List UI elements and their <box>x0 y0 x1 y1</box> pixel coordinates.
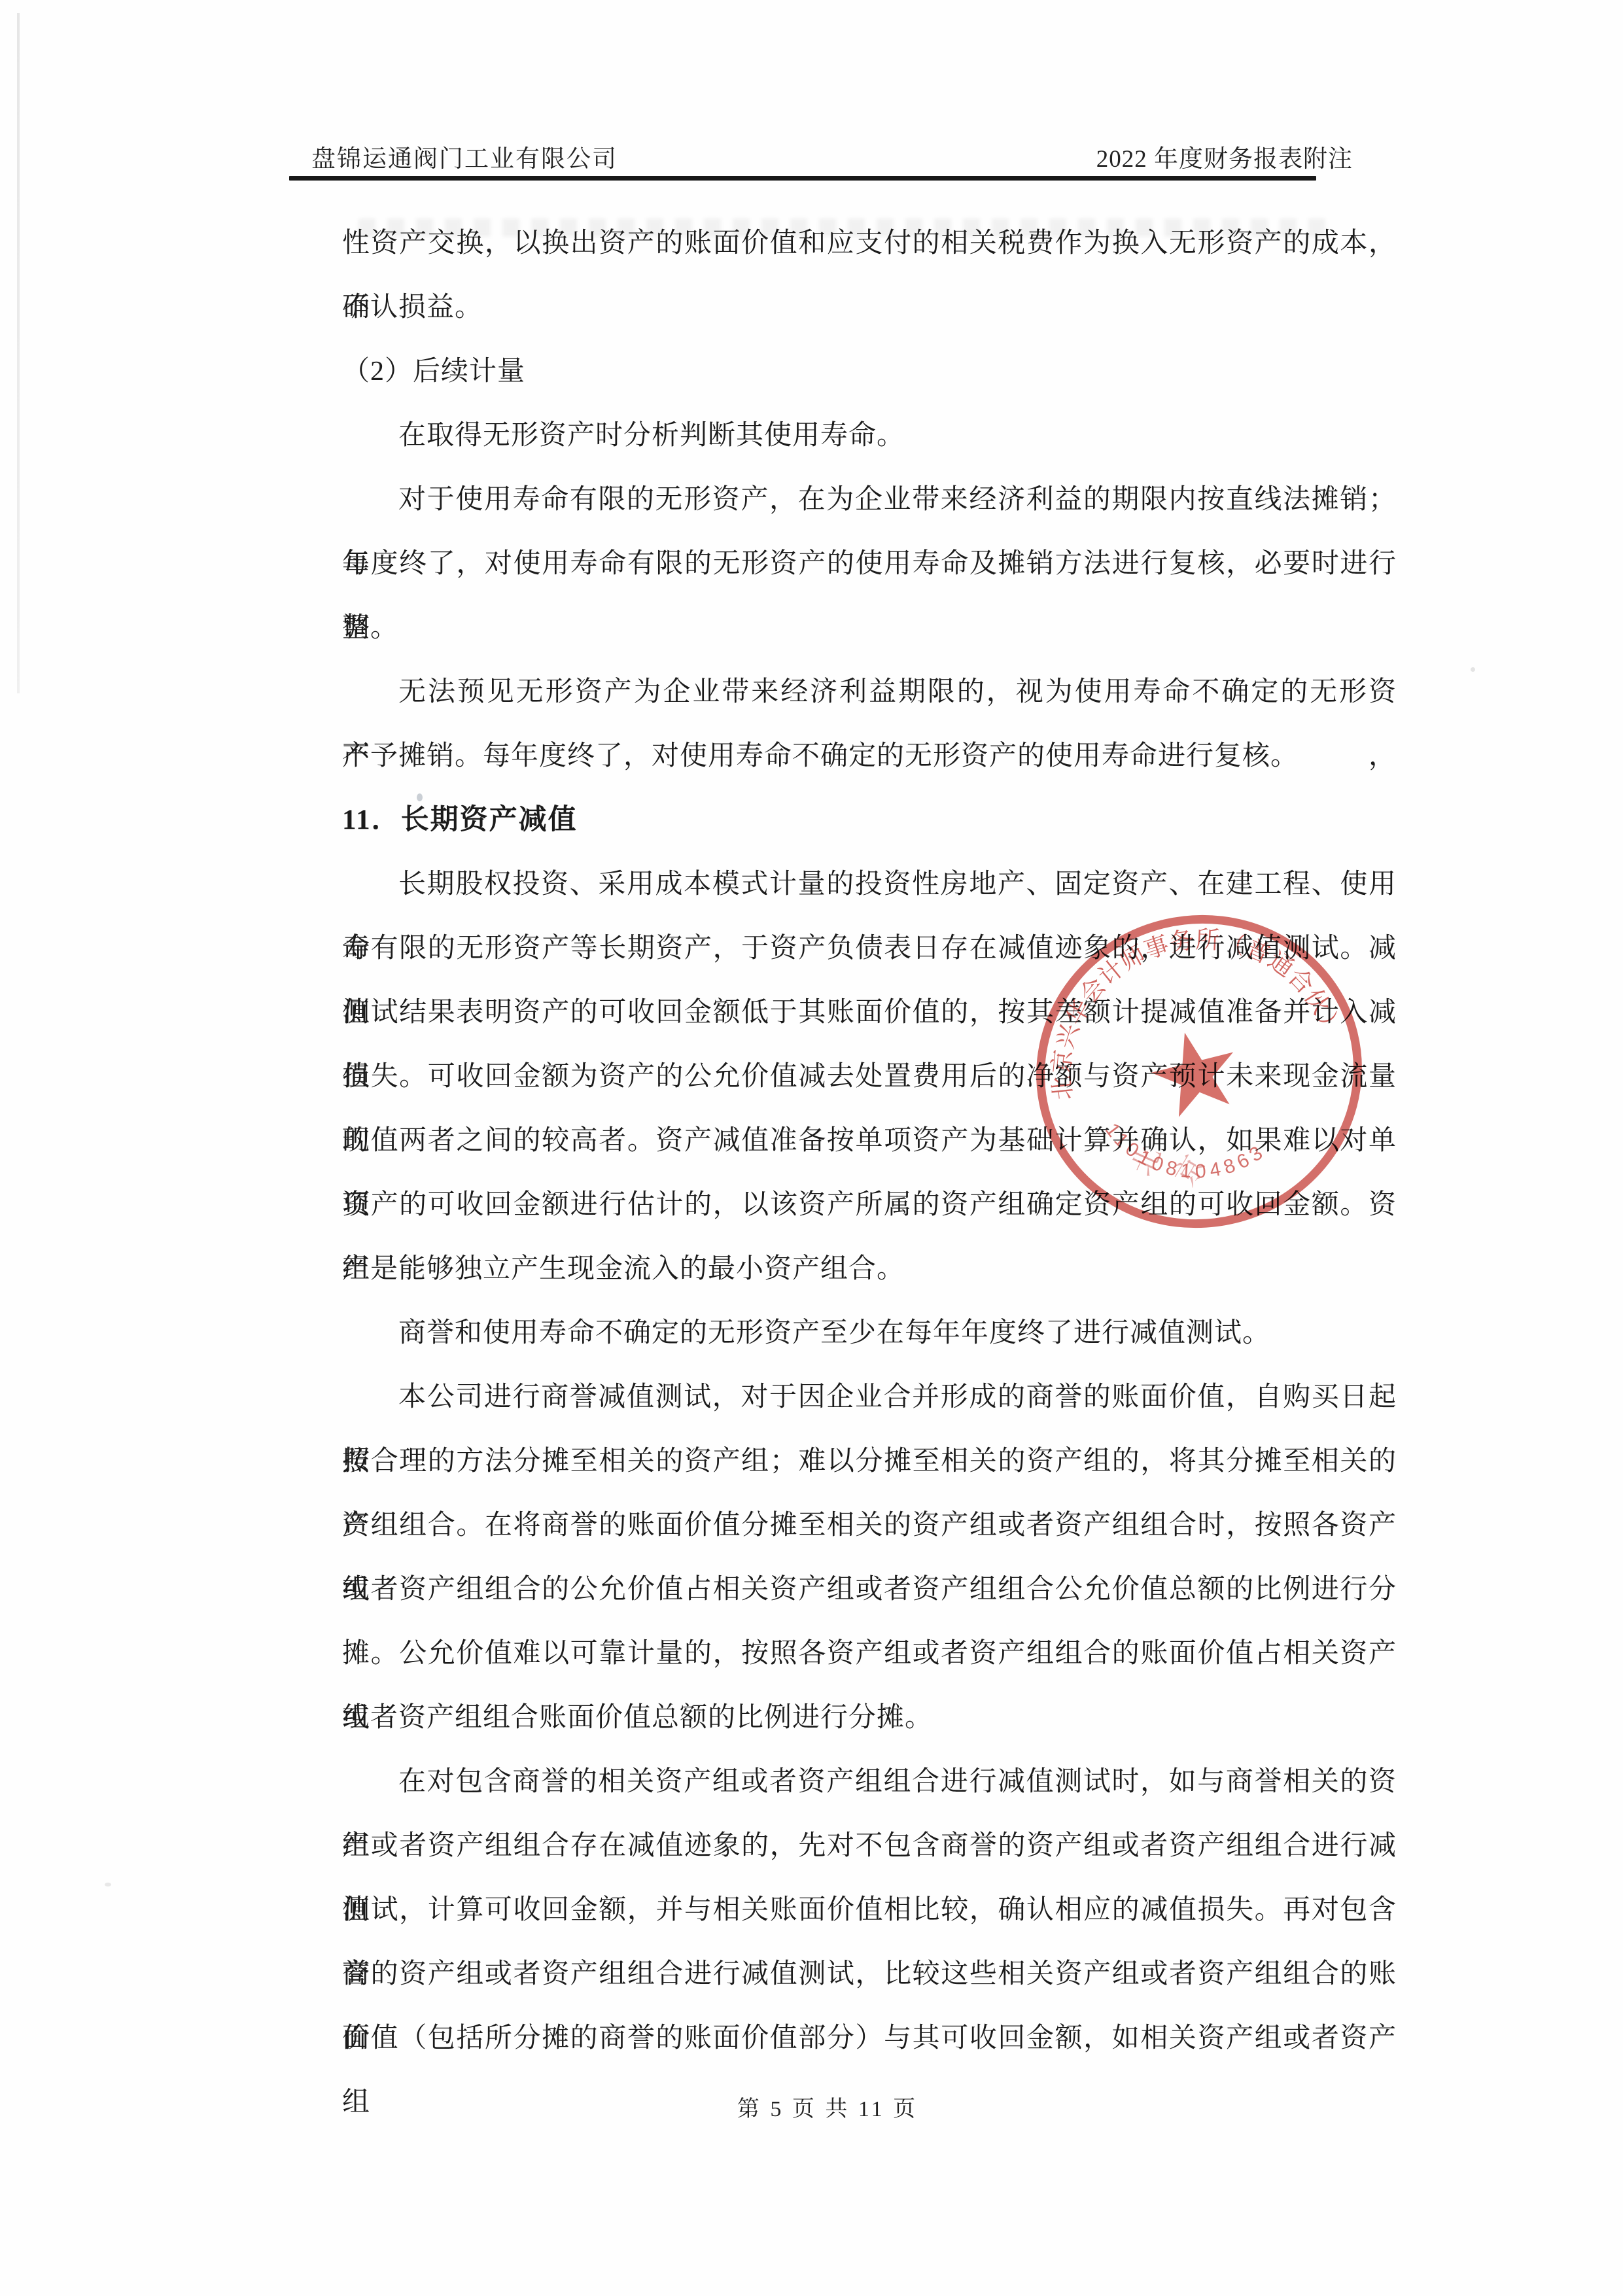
text-line: 在取得无形资产时分析判断其使用寿命。 <box>342 404 1397 468</box>
text-line: 对于使用寿命有限的无形资产，在为企业带来经济利益的期限内按直线法摊销；每 <box>342 468 1397 532</box>
header-report-title: 2022 年度财务报表附注 <box>785 139 1353 174</box>
text-line: 本公司进行商誉减值测试，对于因企业合并形成的商誉的账面价值，自购买日起按 <box>342 1365 1397 1429</box>
text-line: 或者资产组组合账面价值总额的比例进行分摊。 <box>342 1686 1397 1750</box>
header-company-name: 盘锦运通阀门工业有限公司 <box>311 139 618 174</box>
text-line: 商誉和使用寿命不确定的无形资产至少在每年年度终了进行减值测试。 <box>342 1301 1397 1365</box>
header-rule <box>289 176 1316 181</box>
text-line: 在对包含商誉的相关资产组或者资产组组合进行减值测试时，如与商誉相关的资产 <box>342 1750 1397 1814</box>
text-line: 年度终了，对使用寿命有限的无形资产的使用寿命及摊销方法进行复核，必要时进行调 <box>342 532 1397 596</box>
text-line: 或者资产组组合的公允价值占相关资产组或者资产组组合公允价值总额的比例进行分 <box>342 1557 1397 1622</box>
text-line: 无法预见无形资产为企业带来经济利益期限的，视为使用寿命不确定的无形资产， <box>342 660 1397 724</box>
scan-edge-artifact <box>17 13 20 693</box>
page-number-footer: 第 5 页 共 11 页 <box>631 2091 1024 2123</box>
text-line: 摊。公允价值难以可靠计量的，按照各资产组或者资产组组合的账面价值占相关资产组 <box>342 1622 1397 1686</box>
text-line: 性资产交换，以换出资产的账面价值和应支付的相关税费作为换入无形资产的成本，不 <box>342 211 1397 275</box>
scan-speck-artifact <box>1471 667 1475 672</box>
text-line: 整。 <box>342 596 1397 660</box>
text-line: 誉的资产组或者资产组组合进行减值测试，比较这些相关资产组或者资产组组合的账面 <box>342 1942 1397 2006</box>
text-line: 产组组合。在将商誉的账面价值分摊至相关的资产组或者资产组组合时，按照各资产组 <box>342 1493 1397 1557</box>
stamp-star-icon <box>1143 1022 1245 1121</box>
text-line: 不予摊销。每年度终了，对使用寿命不确定的无形资产的使用寿命进行复核。 <box>342 724 1397 788</box>
text-line: 价值（包括所分摊的商誉的账面价值部分）与其可收回金额，如相关资产组或者资产组 <box>342 2006 1397 2070</box>
text-line: 组或者资产组组合存在减值迹象的，先对不包含商誉的资产组或者资产组组合进行减值 <box>342 1814 1397 1878</box>
scan-speck-artifact <box>105 1883 111 1887</box>
section-heading: 11．长期资产减值 <box>342 788 1397 852</box>
text-line: 测试，计算可收回金额，并与相关账面价值相比较，确认相应的减值损失。再对包含商 <box>342 1878 1397 1942</box>
stamp-inner-mark: 京 <box>1169 1150 1212 1191</box>
text-line: 确认损益。 <box>342 275 1397 339</box>
document-page: 盘锦运通阀门工业有限公司 2022 年度财务报表附注 性资产交换，以换出资产的账… <box>0 0 1623 2296</box>
text-line: 照合理的方法分摊至相关的资产组；难以分摊至相关的资产组的，将其分摊至相关的资 <box>342 1429 1397 1493</box>
official-seal-stamp: 北京兴华会计师事务所（普通合伙） 110108104863 北 京 <box>1026 900 1379 1247</box>
text-line: （2）后续计量 <box>342 339 1397 404</box>
